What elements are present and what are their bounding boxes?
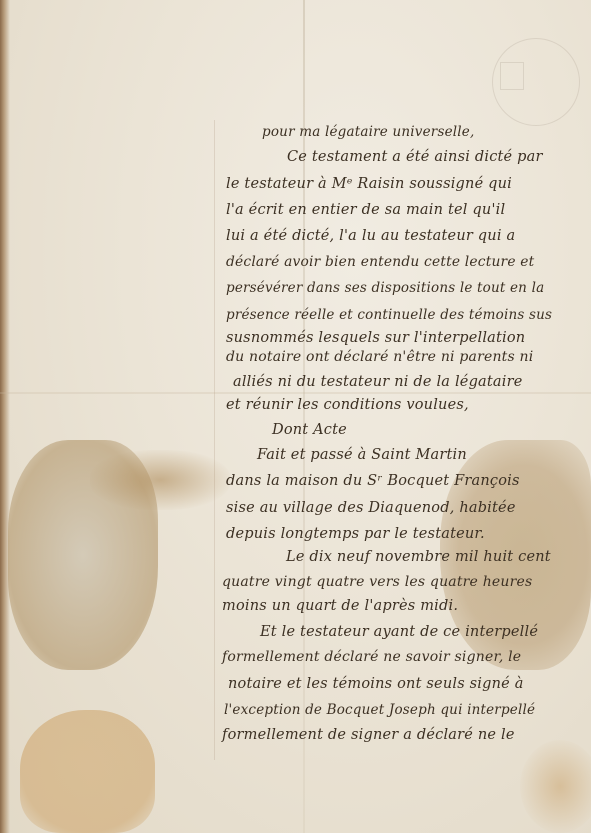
text-line: pour ma légataire universelle, xyxy=(262,124,474,140)
text-line: Dont Acte xyxy=(272,422,347,438)
text-line: Le dix neuf novembre mil huit cent xyxy=(286,549,551,565)
text-line: moins un quart de l'après midi. xyxy=(222,598,458,614)
text-line: Fait et passé à Saint Martin xyxy=(257,447,467,463)
water-stain-bottom-left xyxy=(20,710,155,833)
text-line: déclaré avoir bien entendu cette lecture… xyxy=(226,254,534,270)
text-line: du notaire ont déclaré n'être ni parents… xyxy=(226,349,533,365)
text-line: sise au village des Diaquenod, habitée xyxy=(226,500,516,516)
text-line: l'exception de Bocquet Joseph qui interp… xyxy=(224,702,535,718)
margin-fold xyxy=(214,120,215,760)
text-line: Ce testament a été ainsi dicté par xyxy=(287,149,543,165)
text-line: formellement de signer a déclaré ne le xyxy=(222,727,515,743)
horizontal-fold xyxy=(0,392,591,394)
text-line: présence réelle et continuelle des témoi… xyxy=(226,307,552,323)
text-line: notaire et les témoins ont seuls signé à xyxy=(228,676,524,692)
text-line: dans la maison du Sʳ Bocquet François xyxy=(226,473,520,489)
text-line: formellement déclaré ne savoir signer, l… xyxy=(222,649,521,665)
text-line: l'a écrit en entier de sa main tel qu'il xyxy=(226,202,505,218)
document-page: pour ma légataire universelle, Ce testam… xyxy=(0,0,591,833)
faded-stamp-mark xyxy=(500,62,524,90)
text-line: alliés ni du testateur ni de la légatair… xyxy=(233,374,523,390)
text-line: depuis longtemps par le testateur. xyxy=(226,526,485,542)
text-line: Et le testateur ayant de ce interpellé xyxy=(260,624,538,640)
text-line: le testateur à Mᵉ Raisin soussigné qui xyxy=(226,176,512,192)
text-line: susnommés lesquels sur l'interpellation xyxy=(226,330,525,346)
text-line: lui a été dicté, l'a lu au testateur qui… xyxy=(226,228,515,244)
text-line: quatre vingt quatre vers les quatre heur… xyxy=(222,574,532,590)
text-line: et réunir les conditions voulues, xyxy=(226,397,469,413)
text-line: persévérer dans ses dispositions le tout… xyxy=(226,280,544,296)
binding-edge xyxy=(0,0,10,833)
water-stain-bottom-right xyxy=(520,740,591,833)
water-stain-left-arm xyxy=(90,450,230,510)
